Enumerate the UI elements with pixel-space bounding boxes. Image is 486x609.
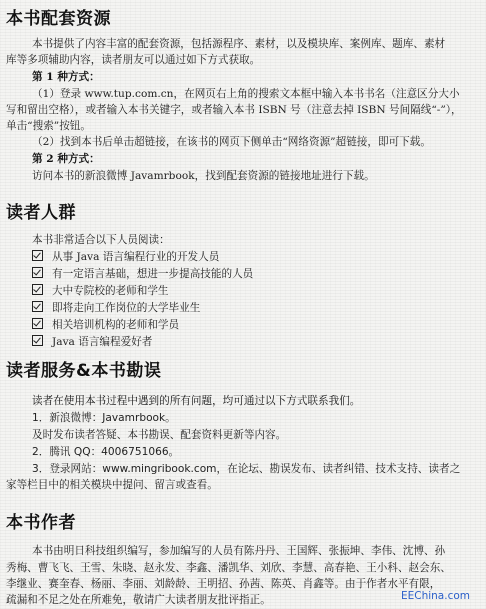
service-item-weibo-desc: 及时发布读者答疑、本书勘误、配套资料更新等内容。 (32, 427, 286, 443)
audience-item-label: 相关培训机构的老师和学员 (52, 319, 179, 331)
method1-step1-line1: （1）登录 www.tup.com.cn，在网页右上角的搜索文本框中输入本书书名… (32, 86, 460, 102)
authors-line3: 李继业、赛奎春、杨丽、李丽、刘龄龄、王明招、孙茜、陈英、肖鑫等。由于作者水平有限… (6, 576, 440, 592)
method1-label: 第 1 种方式： (32, 69, 100, 85)
checkbox-checked-icon (32, 301, 43, 312)
checkbox-checked-icon (32, 284, 43, 295)
authors-line4: 疏漏和不足之处在所难免，敬请广大读者朋友批评指正。 (6, 592, 271, 608)
method1-step1-line3: 单击“搜索”按钮。 (6, 118, 91, 134)
resources-intro-line1: 本书提供了内容丰富的配套资源，包括源程序、素材，以及模块库、案例库、题库、素材 (32, 36, 445, 52)
authors-line2: 秀梅、曹飞飞、王雪、朱晓、赵永发、李鑫、潘凯华、刘欣、李慧、高春艳、王小科、赵会… (6, 560, 451, 576)
audience-item: 大中专院校的老师和学生 (32, 283, 169, 299)
section-title-authors: 本书作者 (6, 508, 76, 533)
method1-step1-line2: 写和留出空格），或者输入本书关键字，或者输入本书 ISBN 号（注意去掉 ISB… (6, 102, 462, 118)
book-page: 本书配套资源 本书提供了内容丰富的配套资源，包括源程序、素材，以及模块库、案例库… (0, 0, 486, 609)
resources-intro-line2: 库等多项辅助内容，读者朋友可以通过如下方式获取。 (6, 52, 260, 68)
method1-step2: （2）找到本书后单击超链接，在该书的网页下侧单击“网络资源”超链接，即可下载。 (32, 134, 431, 150)
audience-item: 有一定语言基础，想进一步提高技能的人员 (32, 266, 253, 282)
audience-item: 即将走向工作岗位的大学毕业生 (32, 300, 200, 316)
audience-item-label: 大中专院校的老师和学生 (52, 285, 169, 297)
audience-item: 相关培训机构的老师和学员 (32, 317, 179, 333)
audience-item-label: 从事 Java 语言编程行业的开发人员 (52, 251, 219, 263)
section-title-resources: 本书配套资源 (6, 4, 111, 29)
service-item-website-line2: 家等栏目中的相关模块中提问、留言或查看。 (6, 477, 218, 493)
section-title-service: 读者服务&本书勘误 (6, 356, 161, 381)
service-item-qq: 2．腾讯 QQ：4006751066。 (32, 444, 179, 460)
audience-item: Java 语言编程爱好者 (32, 334, 152, 350)
checkbox-checked-icon (32, 335, 43, 346)
audience-item-label: 即将走向工作岗位的大学毕业生 (52, 302, 200, 314)
checkbox-checked-icon (32, 318, 43, 329)
checkbox-checked-icon (32, 250, 43, 261)
service-intro: 读者在使用本书过程中遇到的所有问题，均可通过以下方式联系我们。 (32, 393, 360, 409)
audience-item-label: Java 语言编程爱好者 (52, 336, 152, 348)
audience-intro: 本书非常适合以下人员阅读： (32, 232, 170, 248)
audience-item: 从事 Java 语言编程行业的开发人员 (32, 249, 219, 265)
watermark-eechina: EEChina.com (401, 590, 470, 602)
section-title-audience: 读者人群 (6, 198, 76, 223)
method2-text: 访问本书的新浪微博 Javamrbook，找到配套资源的链接地址进行下载。 (32, 168, 375, 184)
checkbox-checked-icon (32, 267, 43, 278)
authors-line1: 本书由明日科技组织编写，参加编写的人员有陈丹丹、王国辉、张振坤、李伟、沈博、孙 (32, 543, 445, 559)
service-item-website-line1: 3．登录网站：www.mingribook.com，在论坛、勘误发布、读者纠错、… (32, 461, 460, 477)
method2-label: 第 2 种方式： (32, 151, 100, 167)
service-item-weibo: 1．新浪微博：Javamrbook。 (32, 410, 176, 426)
audience-item-label: 有一定语言基础，想进一步提高技能的人员 (52, 268, 253, 280)
